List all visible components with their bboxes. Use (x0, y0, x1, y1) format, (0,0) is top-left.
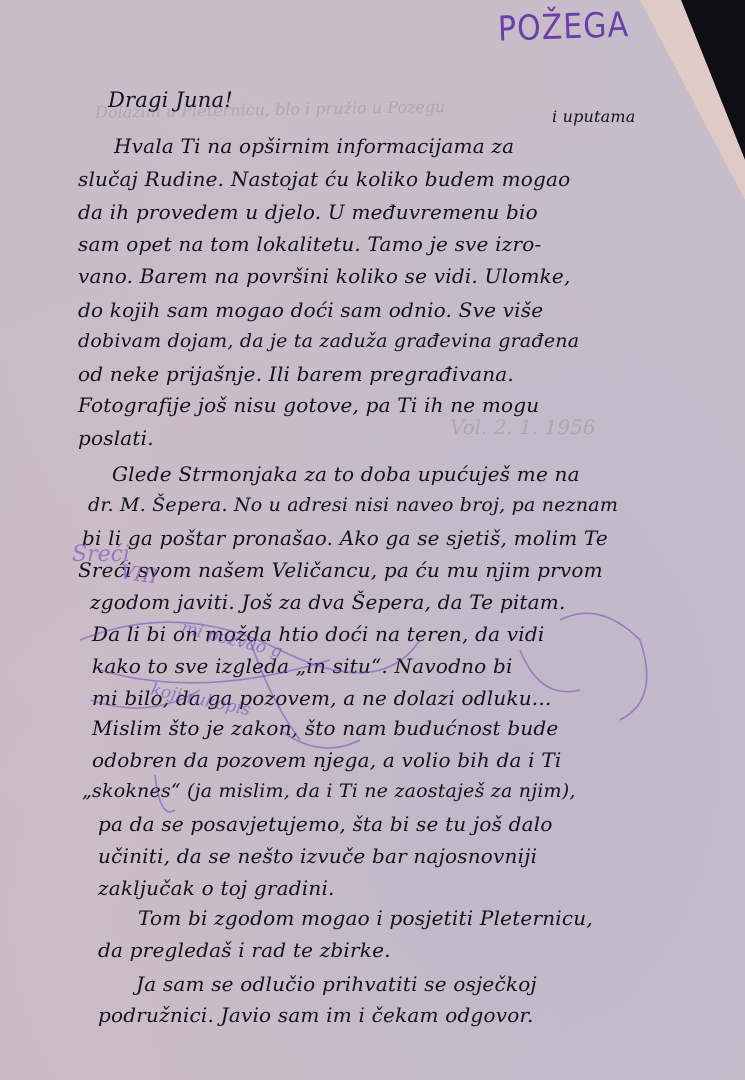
letter-line: slučaj Rudine. Nastojat ću koliko budem … (78, 167, 570, 191)
letter-line: bi li ga poštar pronašao. Ako ga se sjet… (82, 526, 608, 550)
letter-line: Ja sam se odlučio prihvatiti se osječkoj (136, 972, 537, 996)
location-stamp: POŽEGA (497, 5, 629, 50)
letter-line: vano. Barem na površini koliko se vidi. … (78, 264, 571, 288)
letter-line: zaključak o toj gradini. (98, 876, 335, 900)
letter-line: od neke prijašnje. Ili barem pregrađivan… (78, 362, 514, 386)
insertion-note: i uputama (552, 107, 636, 126)
letter-line: poslati. (78, 426, 154, 450)
bleedthrough-date: Vol. 2. 1. 1956 (450, 415, 596, 439)
letter-line: podružnici. Javio sam im i čekam odgovor… (98, 1003, 534, 1027)
letter-line: kako to sve izgleda „in situ“. Navodno b… (92, 654, 513, 678)
letter-line: dr. M. Šepera. No u adresi nisi naveo br… (88, 494, 618, 516)
letter-line: dobivam dojam, da je ta zaduža građevina… (78, 330, 579, 352)
letter-line: da ih provedem u djelo. U međuvremenu bi… (78, 200, 538, 224)
letter-line: sam opet na tom lokalitetu. Tamo je sve … (78, 232, 541, 256)
letter-line: Glede Strmonjaka za to doba upućuješ me … (112, 462, 580, 486)
letter-line: Fotografije još nisu gotove, pa Ti ih ne… (78, 393, 539, 417)
letter-line: Tom bi zgodom mogao i posjetiti Pleterni… (138, 906, 593, 930)
salutation: Dragi Juna! (108, 88, 233, 112)
violet-annotation: VIII (119, 559, 160, 588)
letter-line: učiniti, da se nešto izvuče bar najosnov… (98, 844, 537, 868)
letter-line: zgodom javiti. Još za dva Šepera, da Te … (90, 590, 566, 614)
letter-line: Mislim što je zakon, što nam budućnost b… (92, 716, 558, 740)
letter-line: da pregledaš i rad te zbirke. (98, 938, 391, 962)
letter-line: „skoknes“ (ja mislim, da i Ti ne zaostaj… (82, 780, 576, 802)
letter-line: Hvala Ti na opširnim informacijama za (114, 134, 514, 158)
letter-line: do kojih sam mogao doći sam odnio. Sve v… (78, 298, 543, 322)
letter-line: odobren da pozovem njega, a volio bih da… (92, 748, 561, 772)
letter-line: pa da se posavjetujemo, šta bi se tu još… (98, 812, 553, 836)
letter-line: Da li bi on možda htio doći na teren, da… (92, 622, 544, 646)
